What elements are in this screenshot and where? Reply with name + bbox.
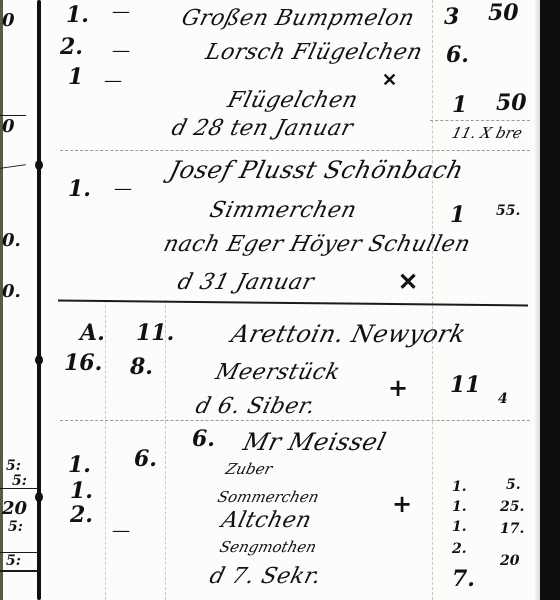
entry-description: Lorsch Flügelchen: [203, 42, 424, 64]
entry-amount-a: 1: [450, 204, 465, 226]
ledger-page: 0 0 0. 0. 5: 5: 20 5: 5: 1. — Großen Bum…: [0, 0, 560, 600]
entry-header-b: 11.: [136, 322, 174, 344]
entry-qty: 1.: [68, 454, 91, 476]
margin-fragment: 5:: [6, 459, 21, 473]
entry-qty-2: 8.: [130, 356, 153, 378]
entry-date: d 31 Januar: [175, 272, 316, 294]
section-divider: [58, 300, 528, 307]
margin-fragment: 5:: [12, 474, 27, 488]
margin-fragment: 0: [2, 12, 15, 30]
entry-amount-a: 6.: [446, 44, 469, 66]
cross-mark: ✕: [398, 270, 418, 294]
rule-knot: [35, 492, 43, 502]
entry-amount-a: 2.: [452, 542, 467, 556]
entry-qty-dash: —: [104, 72, 122, 90]
entry-qty-dash: —: [112, 522, 130, 540]
entry-date: d 7. Sekr.: [207, 566, 323, 588]
rule-knot: [35, 160, 43, 170]
entry-qty: 16.: [64, 352, 102, 374]
entry-header-a: A.: [80, 322, 105, 344]
entry-qty: 1.: [70, 480, 93, 502]
entry-item: Zuber: [224, 462, 273, 477]
entry-item: Altchen: [219, 510, 313, 532]
margin-fragment: 5:: [8, 520, 23, 534]
entry-date: d 6. Siber.: [193, 396, 317, 418]
scan-right-edge: [540, 0, 560, 600]
entry-amount-b: 55.: [496, 204, 520, 218]
entry-qty: 2.: [60, 36, 83, 58]
entry-divider: [60, 150, 530, 151]
entry-amount-a: 3: [444, 6, 459, 28]
entry-description: Simmerchen: [207, 200, 359, 222]
entry-header-a: 6.: [192, 428, 215, 450]
entry-note: 11. X bre: [450, 126, 523, 141]
entry-description: Arettoin. Newyork: [229, 322, 468, 346]
entry-amount-b: 20: [500, 554, 519, 568]
margin-fragment: 0.: [2, 232, 21, 250]
entry-description: Josef Plusst Schönbach: [167, 158, 466, 182]
entry-amount-b: 17.: [500, 522, 524, 536]
entry-qty-dash: —: [112, 3, 130, 21]
margin-fragment: 5:: [6, 554, 21, 568]
entry-amount-b: 25.: [500, 500, 524, 514]
column-guide: [105, 300, 106, 600]
plus-mark: +: [392, 492, 412, 516]
entry-divider: [60, 420, 530, 421]
column-guide: [432, 0, 433, 600]
entry-qty: 1.: [68, 178, 91, 200]
entry-item: Sengmothen: [218, 540, 318, 555]
entry-amount-a: 1.: [452, 500, 467, 514]
margin-fragment: 0: [2, 118, 15, 136]
entry-qty: 1: [68, 66, 83, 88]
margin-rule: [37, 0, 41, 600]
margin-fragment: 20: [2, 500, 27, 518]
entry-qty: 2.: [70, 504, 93, 526]
entry-amount-b: 4: [498, 392, 508, 406]
entry-amount-b: 50: [488, 2, 519, 24]
entry-amount-b: 5.: [506, 478, 521, 492]
rule-knot: [35, 355, 43, 365]
plus-mark: +: [388, 376, 408, 400]
margin-rule-h: [0, 570, 38, 572]
entry-qty-dash: —: [114, 180, 132, 198]
entry-amount-a: 1.: [452, 480, 467, 494]
entry-item: Sommerchen: [216, 490, 320, 505]
entry-date: d 28 ten Januar: [169, 118, 355, 140]
entry-amount-a: 11: [450, 374, 481, 396]
entry-amount-a: 7.: [452, 568, 475, 590]
cross-mark: ✕: [382, 72, 397, 90]
entry-qty-2: 6.: [134, 448, 157, 470]
entry-description: Großen Bumpmelon: [179, 8, 416, 30]
entry-qty-dash: —: [112, 42, 130, 60]
entry-description: Flügelchen: [225, 90, 360, 112]
entry-amount-a: 1.: [452, 520, 467, 534]
entry-title: Mr Meissel: [241, 430, 389, 454]
margin-fragment: 0.: [2, 283, 21, 301]
entry-amount-a: 1: [452, 94, 467, 116]
entry-qty: 1.: [66, 4, 89, 26]
entry-amount-b: 50: [496, 92, 527, 114]
subtotal-rule: [430, 120, 530, 121]
entry-description: nach Eger Höyer Schullen: [161, 234, 472, 256]
margin-rule-h: [0, 164, 26, 169]
entry-description: Meerstück: [213, 362, 342, 384]
